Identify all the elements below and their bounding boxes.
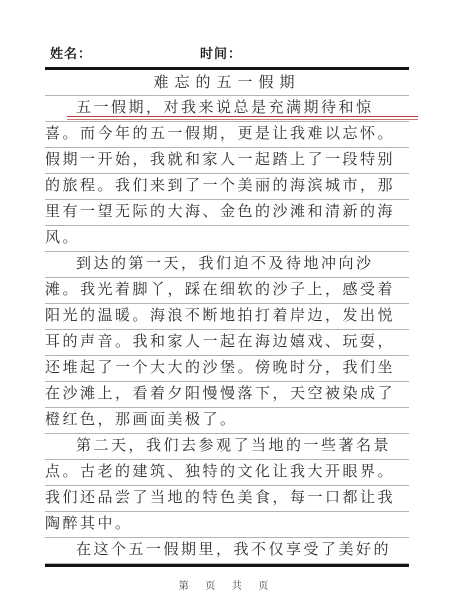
- page-footer: 第 页 共 页: [45, 577, 409, 592]
- time-label: 时间：: [200, 43, 242, 62]
- worksheet-page: 姓名： 时间： 难忘的五一假期 五一假期，对我来说总是充满期待和惊喜。而今年的五…: [0, 0, 449, 600]
- text-line: 的旅程。我们来到了一个美丽的海滨城市，那: [45, 174, 409, 200]
- text-line: 第二天，我们去参观了当地的一些著名景: [45, 434, 409, 460]
- text-line: 还堆起了一个大大的沙堡。傍晚时分，我们坐: [45, 356, 409, 382]
- text-line: 到达的第一天，我们迫不及待地冲向沙: [45, 252, 409, 278]
- essay-title: 难忘的五一假期: [45, 70, 409, 96]
- text-line: 假期一开始，我就和家人一起踏上了一段特别: [45, 148, 409, 174]
- text-line: 风。: [45, 226, 409, 252]
- text-line: 五一假期，对我来说总是充满期待和惊: [45, 96, 409, 122]
- bottom-divider: [45, 564, 409, 567]
- text-line: 阳光的温暖。海浪不断地拍打着岸边，发出悦: [45, 304, 409, 330]
- text-line: 在这个五一假期里，我不仅享受了美好的: [45, 538, 409, 564]
- text-line: 喜。而今年的五一假期，更是让我难以忘怀。: [45, 122, 409, 148]
- text-line: 耳的声音。我和家人一起在海边嬉戏、玩耍，: [45, 330, 409, 356]
- name-label: 姓名：: [50, 43, 92, 62]
- text-line: 滩。我光着脚丫，踩在细软的沙子上，感受着: [45, 278, 409, 304]
- text-line: 点。古老的建筑、独特的文化让我大开眼界。: [45, 460, 409, 486]
- essay-body: 五一假期，对我来说总是充满期待和惊喜。而今年的五一假期，更是让我难以忘怀。假期一…: [45, 96, 409, 564]
- text-line: 里有一望无际的大海、金色的沙滩和清新的海: [45, 200, 409, 226]
- text-line: 我们还品尝了当地的特色美食，每一口都让我: [45, 486, 409, 512]
- worksheet-content: 姓名： 时间： 难忘的五一假期 五一假期，对我来说总是充满期待和惊喜。而今年的五…: [45, 40, 409, 592]
- text-line: 陶醉其中。: [45, 512, 409, 538]
- text-line: 橙红色，那画面美极了。: [45, 408, 409, 434]
- header-row: 姓名： 时间：: [45, 40, 409, 67]
- text-line: 在沙滩上，看着夕阳慢慢落下，天空被染成了: [45, 382, 409, 408]
- red-double-underline: [67, 116, 418, 120]
